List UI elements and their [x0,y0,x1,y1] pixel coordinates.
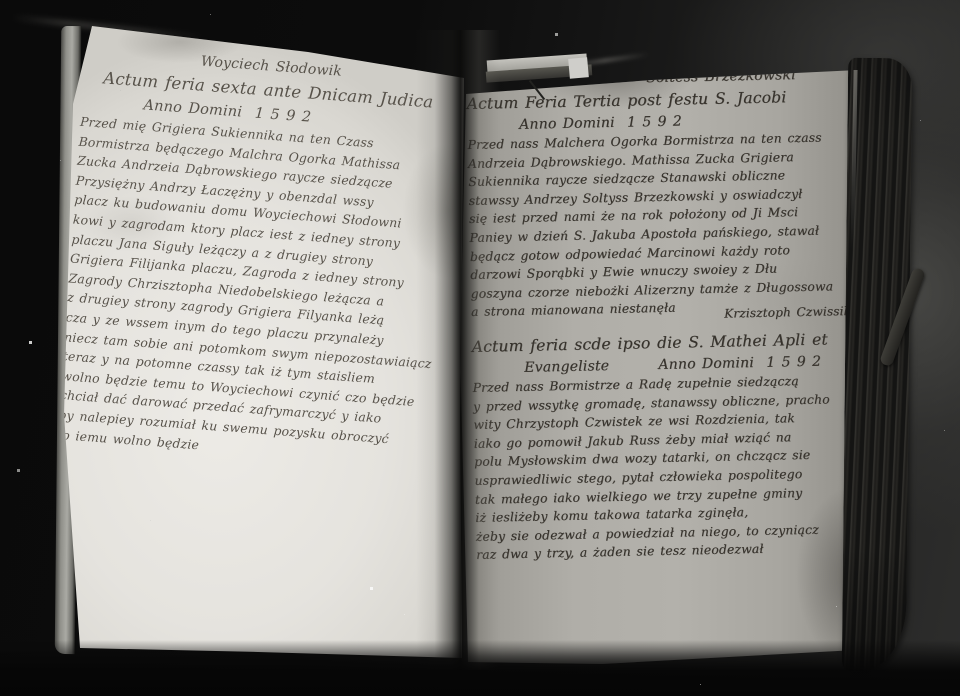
left-page-text: Woyciech Słodowik Actum feria sexta ante… [56,42,449,471]
left-manuscript-page: Woyciech Słodowik Actum feria sexta ante… [58,16,464,666]
binding-tab-corner [568,57,589,79]
photograph-open-manuscript-book: Woyciech Słodowik Actum feria sexta ante… [0,0,960,696]
entry1-body: Przed nass Malchera Ogorka Bormistrza na… [467,128,855,322]
entry2-body: Przed nass Bormistrze a Radę zupełnie si… [472,371,860,565]
right-page-text: Soltess Brzezkowski Actum Feria Tertia p… [466,64,860,565]
right-manuscript-page: Soltess Brzezkowski Actum Feria Tertia p… [452,52,860,668]
dust-specks [0,0,1,1]
left-entry-body: Przed mię Grigiera Sukiennika na ten Cza… [56,112,443,471]
